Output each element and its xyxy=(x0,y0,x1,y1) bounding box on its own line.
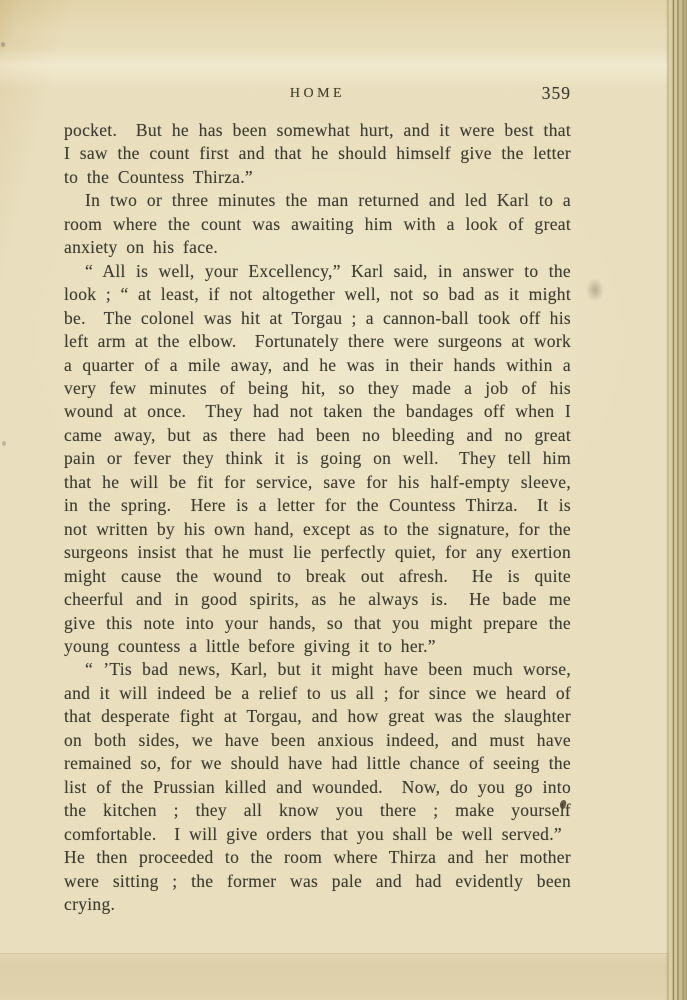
running-header-title: HOME xyxy=(64,86,571,102)
paragraph-1: pocket. But he has been somewhat hurt, a… xyxy=(64,119,571,189)
page-text-block: pocket. But he has been somewhat hurt, a… xyxy=(64,119,571,916)
paper-bottom-fold-shadow xyxy=(0,953,687,1000)
paper-top-light-band xyxy=(0,46,687,90)
paragraph-3: “ All is well, your Excellency,” Karl sa… xyxy=(64,260,571,659)
paragraph-2: In two or three minutes the man returned… xyxy=(64,189,571,259)
scan-speck xyxy=(2,441,6,446)
scan-speck xyxy=(1,42,5,47)
book-page-scan: HOME 359 pocket. But he has been somewha… xyxy=(0,0,687,1000)
running-header: HOME 359 xyxy=(64,85,571,107)
book-fore-edge xyxy=(666,0,687,1000)
page-number: 359 xyxy=(542,83,571,104)
scan-smudge xyxy=(586,278,604,302)
paragraph-4: “ ’Tis bad news, Karl, but it might have… xyxy=(64,658,571,916)
